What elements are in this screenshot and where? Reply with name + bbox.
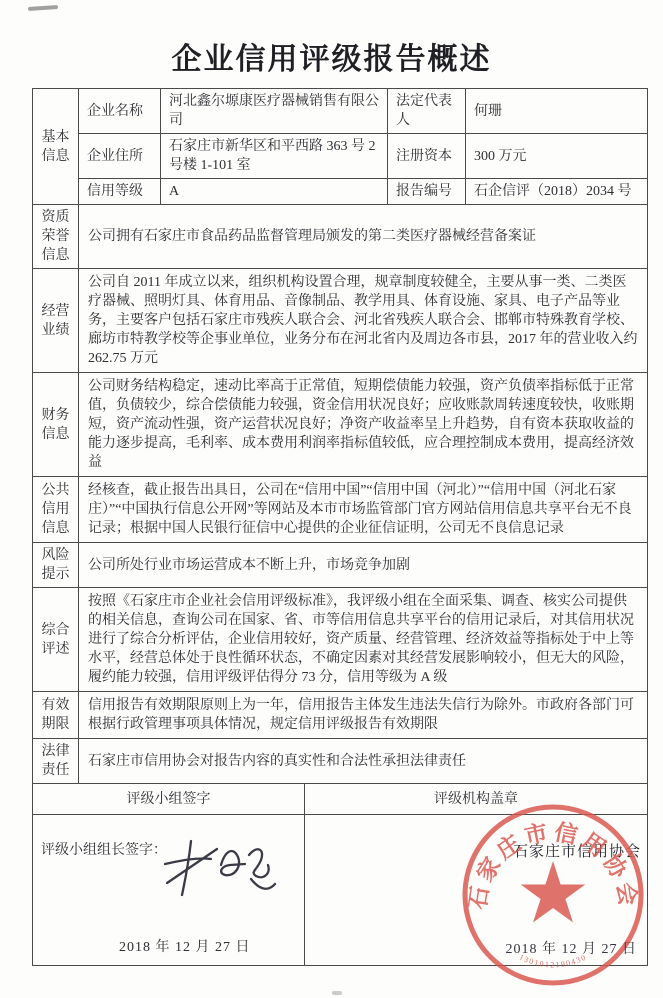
field-label-credit-grade: 信用等级	[79, 179, 161, 205]
table-row: 财务信息 公司财务结构稳定，速动比率高于正常值，短期偿债能力较强，资产负债率指标…	[33, 373, 648, 477]
section-content-legal-liability: 石家庄市信用协会对报告内容的真实性和合法性承担法律责任	[79, 739, 648, 784]
seal-star-icon	[521, 861, 586, 923]
table-row: 综合评述 按照《石家庄市企业社会信用评级标准》，我评级小组在全面采集、调查、核实…	[33, 588, 648, 692]
section-label-legal-liability: 法律责任	[33, 739, 79, 784]
field-value-legal-representative: 何珊	[466, 89, 648, 134]
section-content-business-performance: 公司自 2011 年成立以来，组织机构设置合理，规章制度较健全，主要从事一类、二…	[79, 269, 648, 373]
section-content-financial-info: 公司财务结构稳定，速动比率高于正常值，短期偿债能力较强，资产负债率指标低于正常值…	[79, 373, 648, 477]
table-row: 公共信用信息 经核查，截止报告出具日，公司在“信用中国”“信用中国（河北）”“信…	[33, 477, 648, 543]
section-content-public-credit-info: 经核查，截止报告出具日，公司在“信用中国”“信用中国（河北）”“信用中国（河北石…	[79, 477, 648, 543]
field-value-company-address: 石家庄市新华区和平西路 363 号 2 号楼 1-101 室	[161, 134, 388, 179]
handwritten-signature	[161, 837, 281, 903]
signature-date: 2018 年 12 月 27 日	[119, 938, 251, 957]
field-label-registered-capital: 注册资本	[388, 134, 466, 179]
table-row: 评级小组组长签字： 2018 年 12 月 27 日	[33, 815, 648, 966]
field-value-registered-capital: 300 万元	[466, 134, 648, 179]
table-row: 有效期限 信用报告有效期限原则上为一年，信用报告主体发生违法失信行为除外。市政府…	[33, 692, 648, 739]
field-value-credit-grade: A	[161, 179, 388, 205]
field-label-report-number: 报告编号	[388, 179, 466, 205]
field-label-company-address: 企业住所	[79, 134, 161, 179]
scan-artifact-top	[28, 5, 58, 11]
seal-cell: 石家庄市信用协会 石家庄市信用协会	[305, 815, 648, 966]
section-content-risk-warning: 公司所处行业市场运营成本不断上升，市场竞争加剧	[79, 543, 648, 588]
section-label-validity-period: 有效期限	[33, 692, 79, 739]
table-row: 信用等级 A 报告编号 石企信评（2018）2034 号	[33, 179, 648, 205]
report-table: 基本信息 企业名称 河北鑫尔塬康医疗器械销售有限公司 法定代表人 何珊 企业住所…	[32, 88, 648, 784]
section-label-public-credit-info: 公共信用信息	[33, 477, 79, 543]
section-content-qualifications: 公司拥有石家庄市食品药品监督管理局颁发的第二类医疗器械经营备案证	[79, 205, 648, 269]
section-content-overall-review: 按照《石家庄市企业社会信用评级标准》，我评级小组在全面采集、调查、核实公司提供的…	[79, 588, 648, 692]
signoff-table: 评级小组签字 评级机构盖章 评级小组组长签字：	[32, 783, 648, 966]
section-label-overall-review: 综合评述	[33, 588, 79, 692]
table-row: 法律责任 石家庄市信用协会对报告内容的真实性和合法性承担法律责任	[33, 739, 648, 784]
table-row: 经营业绩 公司自 2011 年成立以来，组织机构设置合理，规章制度较健全，主要从…	[33, 269, 648, 373]
section-label-basic-info: 基本信息	[33, 89, 79, 205]
scan-artifact-bottom	[332, 991, 342, 995]
section-label-business-performance: 经营业绩	[33, 269, 79, 373]
report-page: 企业信用评级报告概述 基本信息 企业名称 河北鑫尔塬康医疗器械销售有限公司 法定…	[0, 0, 663, 998]
table-row: 企业住所 石家庄市新华区和平西路 363 号 2 号楼 1-101 室 注册资本…	[33, 134, 648, 179]
field-label-legal-representative: 法定代表人	[388, 89, 466, 134]
table-row: 风险提示 公司所处行业市场运营成本不断上升，市场竞争加剧	[33, 543, 648, 588]
field-label-company-name: 企业名称	[79, 89, 161, 134]
field-value-report-number: 石企信评（2018）2034 号	[466, 179, 648, 205]
table-row: 资质荣誉信息 公司拥有石家庄市食品药品监督管理局颁发的第二类医疗器械经营备案证	[33, 205, 648, 269]
section-label-qualifications: 资质荣誉信息	[33, 205, 79, 269]
section-content-validity-period: 信用报告有效期限原则上为一年，信用报告主体发生违法失信行为除外。市政府各部门可根…	[79, 692, 648, 739]
seal-date: 2018 年 12 月 27 日	[506, 940, 638, 959]
signoff-header-team-signature: 评级小组签字	[33, 784, 305, 815]
team-leader-signature-label: 评级小组组长签字：	[41, 841, 167, 860]
section-label-financial-info: 财务信息	[33, 373, 79, 477]
signature-cell: 评级小组组长签字： 2018 年 12 月 27 日	[33, 815, 305, 966]
section-label-risk-warning: 风险提示	[33, 543, 79, 588]
agency-round-seal: 石家庄市信用协会 1301012190430	[457, 799, 649, 991]
table-row: 基本信息 企业名称 河北鑫尔塬康医疗器械销售有限公司 法定代表人 何珊	[33, 89, 648, 134]
page-title: 企业信用评级报告概述	[0, 34, 663, 78]
field-value-company-name: 河北鑫尔塬康医疗器械销售有限公司	[161, 89, 388, 134]
